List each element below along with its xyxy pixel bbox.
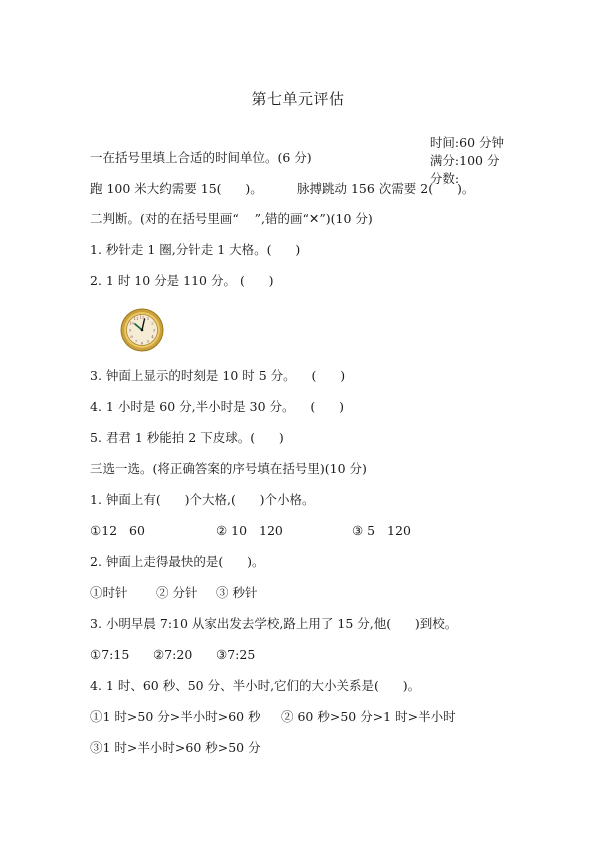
judge-item-5: 5. 君君 1 秒能拍 2 下皮球。( ) <box>90 430 284 446</box>
choice-2-option-1: ①时针 <box>90 585 128 601</box>
judge-item-2: 2. 1 时 10 分是 110 分。 ( ) <box>90 273 274 289</box>
choice-1-option-3: ③ 5 120 <box>352 523 411 539</box>
choice-3-option-1: ①7:15 <box>90 647 129 663</box>
choice-1-option-2: ② 10 120 <box>216 523 283 539</box>
judge-item-1: 1. 秒针走 1 圈,分针走 1 大格。( ) <box>90 242 300 258</box>
svg-text:8: 8 <box>130 334 133 339</box>
judge-item-3: 3. 钟面上显示的时刻是 10 时 5 分。 ( ) <box>90 368 345 384</box>
svg-text:3: 3 <box>153 328 156 333</box>
svg-text:2: 2 <box>151 321 154 326</box>
section-1-item-2: 脉搏跳动 156 次需要 2( )。 <box>297 181 474 197</box>
choice-question-4: 4. 1 时、60 秒、50 分、半小时,它们的大小关系是( )。 <box>90 678 420 694</box>
svg-text:4: 4 <box>151 334 154 339</box>
choice-2-option-2: ② 分针 <box>156 585 197 601</box>
page-title: 第七单元评估 <box>0 88 596 109</box>
exam-meta: 时间:60 分钟 满分:100 分 分数: <box>408 118 504 187</box>
svg-text:11: 11 <box>133 316 138 321</box>
clock-icon: 12 1 2 3 4 5 6 7 8 9 10 11 <box>120 308 164 352</box>
section-1-heading: 一在括号里填上合适的时间单位。(6 分) <box>90 150 312 166</box>
choice-3-option-3: ③7:25 <box>216 647 255 663</box>
time-limit: 时间:60 分钟 <box>430 135 504 150</box>
svg-text:6: 6 <box>141 341 144 346</box>
svg-text:1: 1 <box>147 316 150 321</box>
choice-question-1: 1. 钟面上有( )个大格,( )个小格。 <box>90 492 315 508</box>
section-3-heading: 三选一选。(将正确答案的序号填在括号里)(10 分) <box>90 461 367 477</box>
section-2-heading: 二判断。(对的在括号里画“ ”,错的画“✕”)(10 分) <box>90 211 373 227</box>
svg-text:10: 10 <box>129 321 135 326</box>
judge-item-4: 4. 1 小时是 60 分,半小时是 30 分。 ( ) <box>90 399 344 415</box>
section-1-item-1: 跑 100 米大约需要 15( )。 <box>90 181 263 197</box>
choice-question-3: 3. 小明早晨 7:10 从家出发去学校,路上用了 15 分,他( )到校。 <box>90 616 457 632</box>
choice-3-option-2: ②7:20 <box>153 647 192 663</box>
choice-1-option-1: ①12 60 <box>90 523 145 539</box>
choice-4-option-2: ② 60 秒>50 分>1 时>半小时 <box>281 709 456 725</box>
choice-4-option-1: ①1 时>50 分>半小时>60 秒 <box>90 709 261 725</box>
svg-text:7: 7 <box>135 339 138 344</box>
choice-2-option-3: ③ 秒针 <box>216 585 257 601</box>
full-score: 满分:100 分 <box>430 153 500 168</box>
choice-4-option-3: ③1 时>半小时>60 秒>50 分 <box>90 740 261 756</box>
svg-text:5: 5 <box>147 339 150 344</box>
choice-question-2: 2. 钟面上走得最快的是( )。 <box>90 554 265 570</box>
svg-text:9: 9 <box>129 328 132 333</box>
